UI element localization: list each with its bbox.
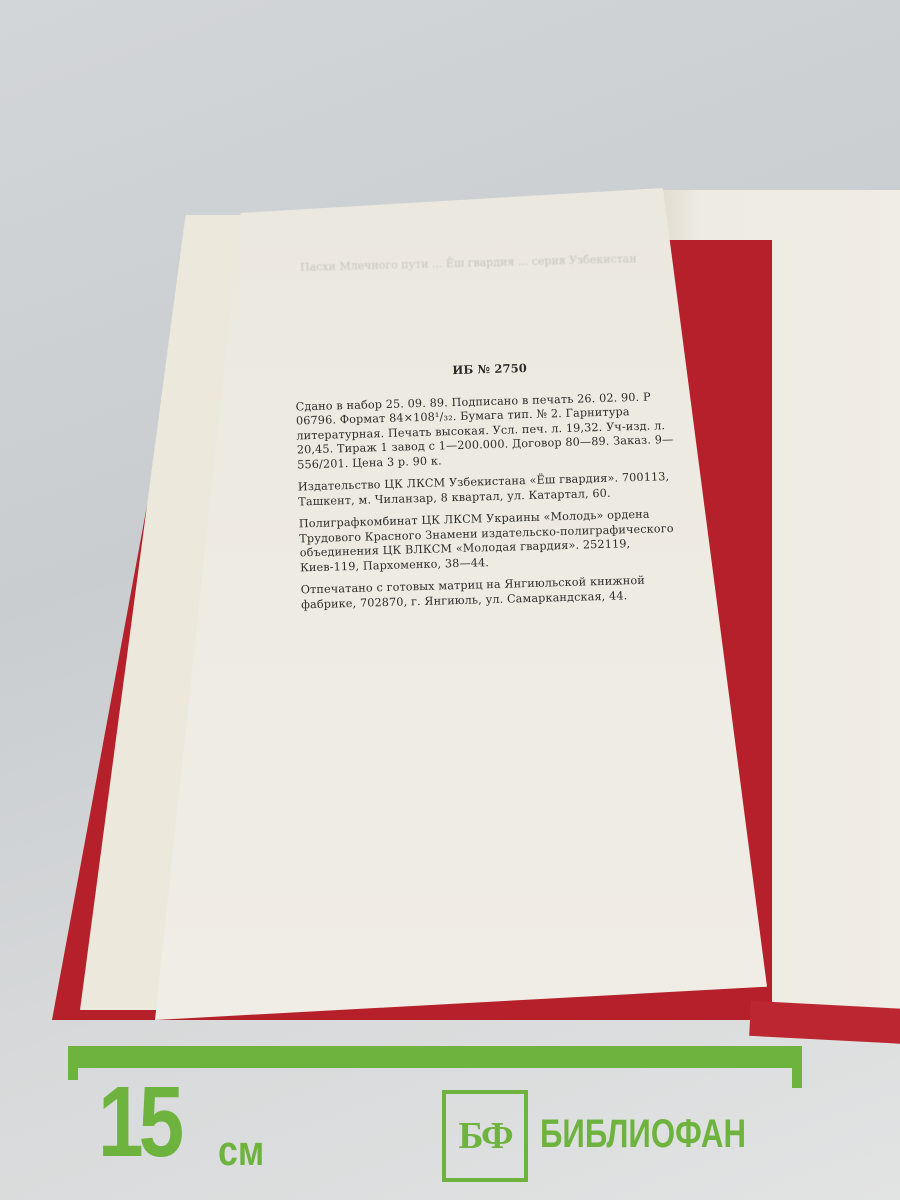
scale-bar-left-tick: [68, 1046, 78, 1080]
scale-unit: см: [218, 1130, 264, 1172]
photo-scene: Пасхи Млечного пути ... Ёш гвардия ... с…: [0, 0, 900, 1200]
publisher-info: Издательство ЦК ЛКСМ Узбекистана «Ёш гва…: [298, 470, 689, 510]
printed-from-info: Отпечатано с готовых матриц на Янгиюльск…: [301, 573, 692, 613]
scale-bar-right-tick: [792, 1046, 802, 1088]
scale-size: 15: [98, 1072, 179, 1172]
book-logo-icon: БФ: [442, 1090, 528, 1182]
printing-house-info: Полиграфкомбинат ЦК ЛКСМ Украины «Молодь…: [299, 507, 690, 576]
imprint-text: ИБ № 2750 Сдано в набор 25. 09. 89. Подп…: [295, 357, 692, 621]
scale-bar: [68, 1046, 802, 1068]
book-cover-edge: [749, 1001, 900, 1044]
brand-name: БИБЛИОФАН: [540, 1112, 746, 1156]
print-details: Сдано в набор 25. 09. 89. Подписано в пе…: [295, 389, 687, 472]
